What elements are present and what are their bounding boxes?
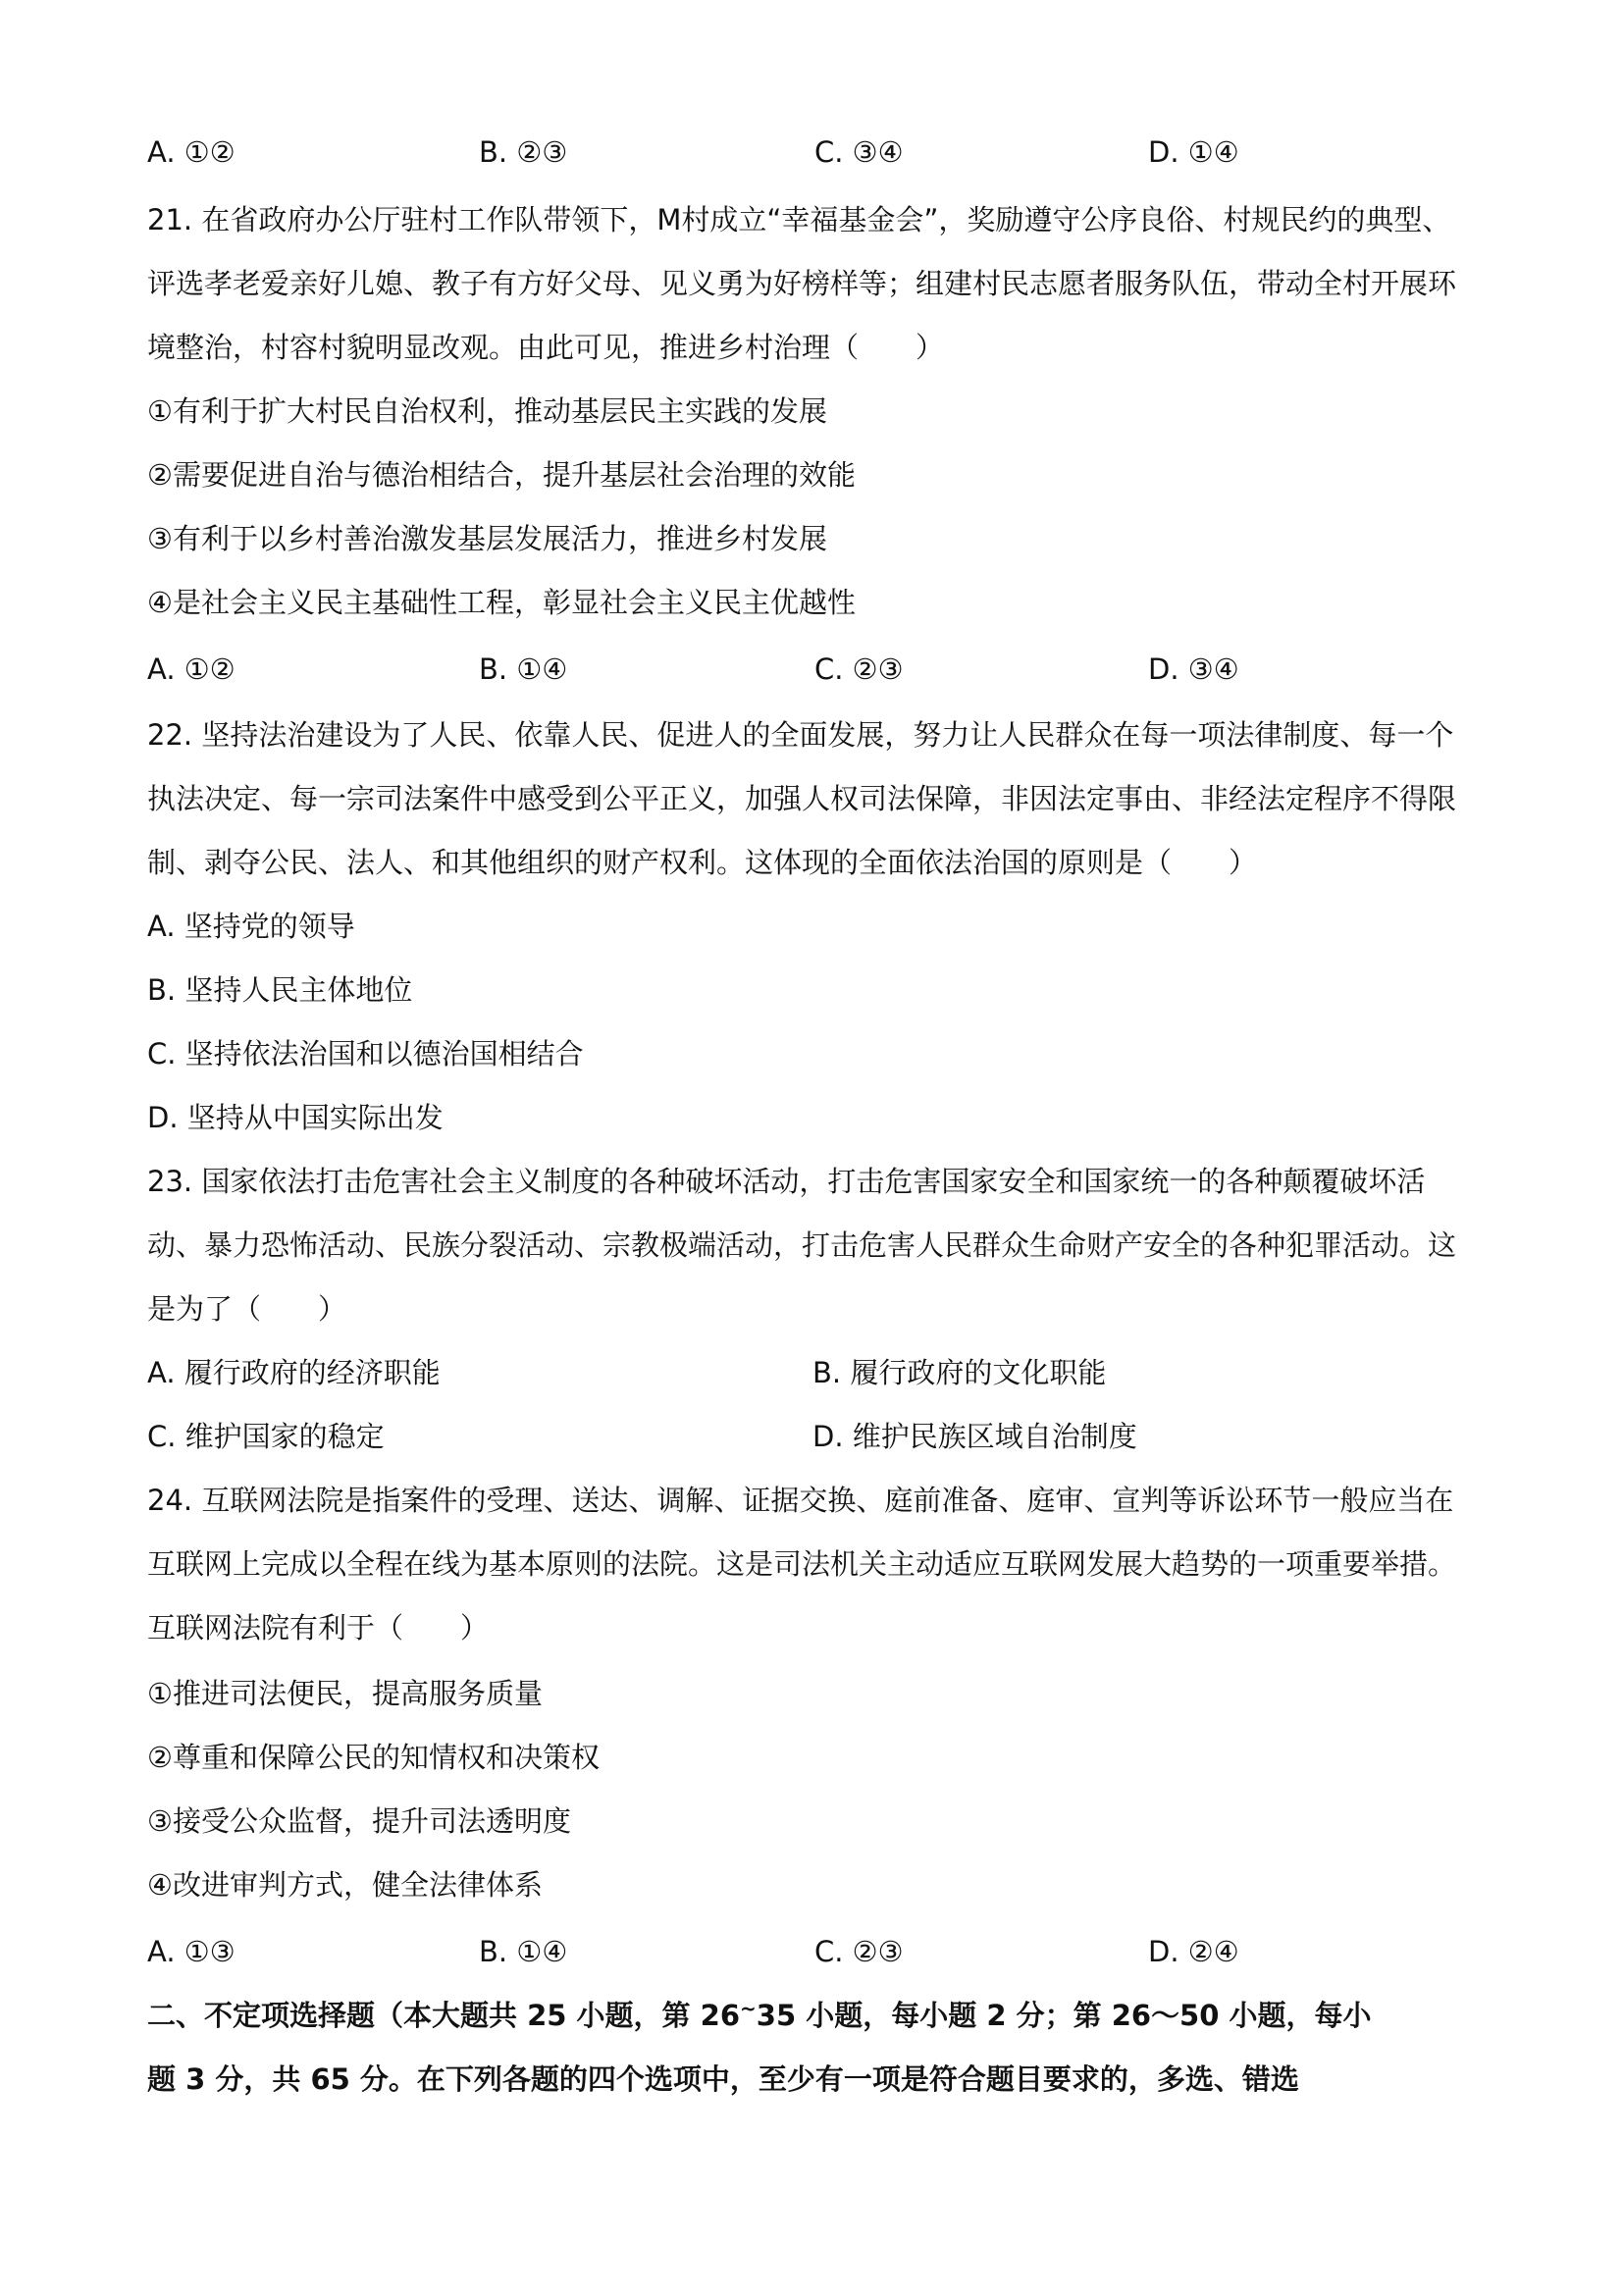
- q21-option-d: D. ③④: [1148, 650, 1239, 689]
- q23-options-row-1: A. 履行政府的经济职能 B. 履行政府的文化职能: [147, 1353, 1482, 1392]
- section-2-line-1-part-a: 二、不定项选择题（本大题共 25 小题，第 26: [147, 1999, 740, 2032]
- q21-stem-line-3: 境整治，村容村貌明显改观。由此可见，推进乡村治理（ ）: [147, 328, 944, 367]
- q22-option-b: B. 坚持人民主体地位: [147, 970, 412, 1010]
- q24-stem-line-3: 互联网法院有利于（ ）: [147, 1608, 489, 1647]
- q23-option-d: D. 维护民族区域自治制度: [812, 1417, 1137, 1456]
- q23-stem-line-2: 动、暴力恐怖活动、民族分裂活动、宗教极端活动，打击危害人民群众生命财产安全的各种…: [147, 1226, 1456, 1265]
- q22-stem-line-2: 执法决定、每一宗司法案件中感受到公平正义，加强人权司法保障，非因法定事由、非经法…: [147, 779, 1456, 818]
- section-2-line-1-part-b: 35 小题，每小题 2 分；第 26～50 小题，每小: [757, 1999, 1372, 2032]
- q22-stem-line-1: 22. 坚持法治建设为了人民、依靠人民、促进人的全面发展，努力让人民群众在每一项…: [147, 715, 1453, 755]
- q21-option-b: B. ①④: [479, 650, 567, 689]
- q21-option-a: A. ①②: [147, 650, 236, 689]
- q21-item-2: ②需要促进自治与德治相结合，提升基层社会治理的效能: [147, 455, 856, 495]
- q21-stem-line-2: 评选孝老爱亲好儿媳、教子有方好父母、见义勇为好榜样等；组建村民志愿者服务队伍，带…: [147, 264, 1456, 303]
- q21-item-4: ④是社会主义民主基础性工程，彰显社会主义民主优越性: [147, 583, 856, 622]
- q22-option-a: A. 坚持党的领导: [147, 907, 355, 946]
- q24-item-3: ③接受公众监督，提升司法透明度: [147, 1801, 571, 1841]
- q23-option-b: B. 履行政府的文化职能: [812, 1353, 1106, 1392]
- q21-option-c: C. ②③: [814, 650, 904, 689]
- q24-item-2: ②尊重和保障公民的知情权和决策权: [147, 1738, 600, 1777]
- q24-stem-line-2: 互联网上完成以全程在线为基本原则的法院。这是司法机关主动适应互联网发展大趋势的一…: [147, 1544, 1456, 1584]
- q22-option-c: C. 坚持依法治国和以德治国相结合: [147, 1034, 584, 1073]
- q23-option-a: A. 履行政府的经济职能: [147, 1353, 441, 1392]
- q23-option-c: C. 维护国家的稳定: [147, 1417, 385, 1456]
- section-2-line-2: 题 3 分，共 65 分。在下列各题的四个选项中，至少有一项是符合题目要求的，多…: [147, 2060, 1299, 2099]
- q24-option-a: A. ①③: [147, 1932, 236, 1971]
- q20-options: A. ①② B. ②③ C. ③④ D. ①④: [147, 132, 1482, 172]
- q24-option-d: D. ②④: [1148, 1932, 1239, 1971]
- q23-stem-line-3: 是为了（ ）: [147, 1289, 346, 1329]
- q20-option-d: D. ①④: [1148, 132, 1239, 172]
- q21-options: A. ①② B. ①④ C. ②③ D. ③④: [147, 650, 1482, 689]
- q21-stem-line-1: 21. 在省政府办公厅驻村工作队带领下，M村成立“幸福基金会”，奖励遵守公序良俗…: [147, 200, 1450, 239]
- q20-option-b: B. ②③: [479, 132, 567, 172]
- q24-options: A. ①③ B. ①④ C. ②③ D. ②④: [147, 1932, 1482, 1971]
- q20-option-a: A. ①②: [147, 132, 236, 172]
- q23-options-row-2: C. 维护国家的稳定 D. 维护民族区域自治制度: [147, 1417, 1482, 1456]
- tilde-mark: ~: [740, 1997, 757, 2020]
- q22-stem-line-3: 制、剥夺公民、法人、和其他组织的财产权利。这体现的全面依法治国的原则是（ ）: [147, 843, 1257, 882]
- q24-item-1: ①推进司法便民，提高服务质量: [147, 1674, 543, 1713]
- q21-item-3: ③有利于以乡村善治激发基层发展活力，推进乡村发展: [147, 519, 827, 558]
- section-2-line-1: 二、不定项选择题（本大题共 25 小题，第 26~35 小题，每小题 2 分；第…: [147, 1996, 1372, 2038]
- q23-stem-line-1: 23. 国家依法打击危害社会主义制度的各种破坏活动，打击危害国家安全和国家统一的…: [147, 1162, 1425, 1201]
- q24-option-b: B. ①④: [479, 1932, 567, 1971]
- q20-option-c: C. ③④: [814, 132, 904, 172]
- q24-stem-line-1: 24. 互联网法院是指案件的受理、送达、调解、证据交换、庭前准备、庭审、宣判等诉…: [147, 1481, 1453, 1520]
- q24-option-c: C. ②③: [814, 1932, 904, 1971]
- q21-item-1: ①有利于扩大村民自治权利，推动基层民主实践的发展: [147, 391, 827, 431]
- q24-item-4: ④改进审判方式，健全法律体系: [147, 1865, 543, 1905]
- q22-option-d: D. 坚持从中国实际出发: [147, 1098, 444, 1137]
